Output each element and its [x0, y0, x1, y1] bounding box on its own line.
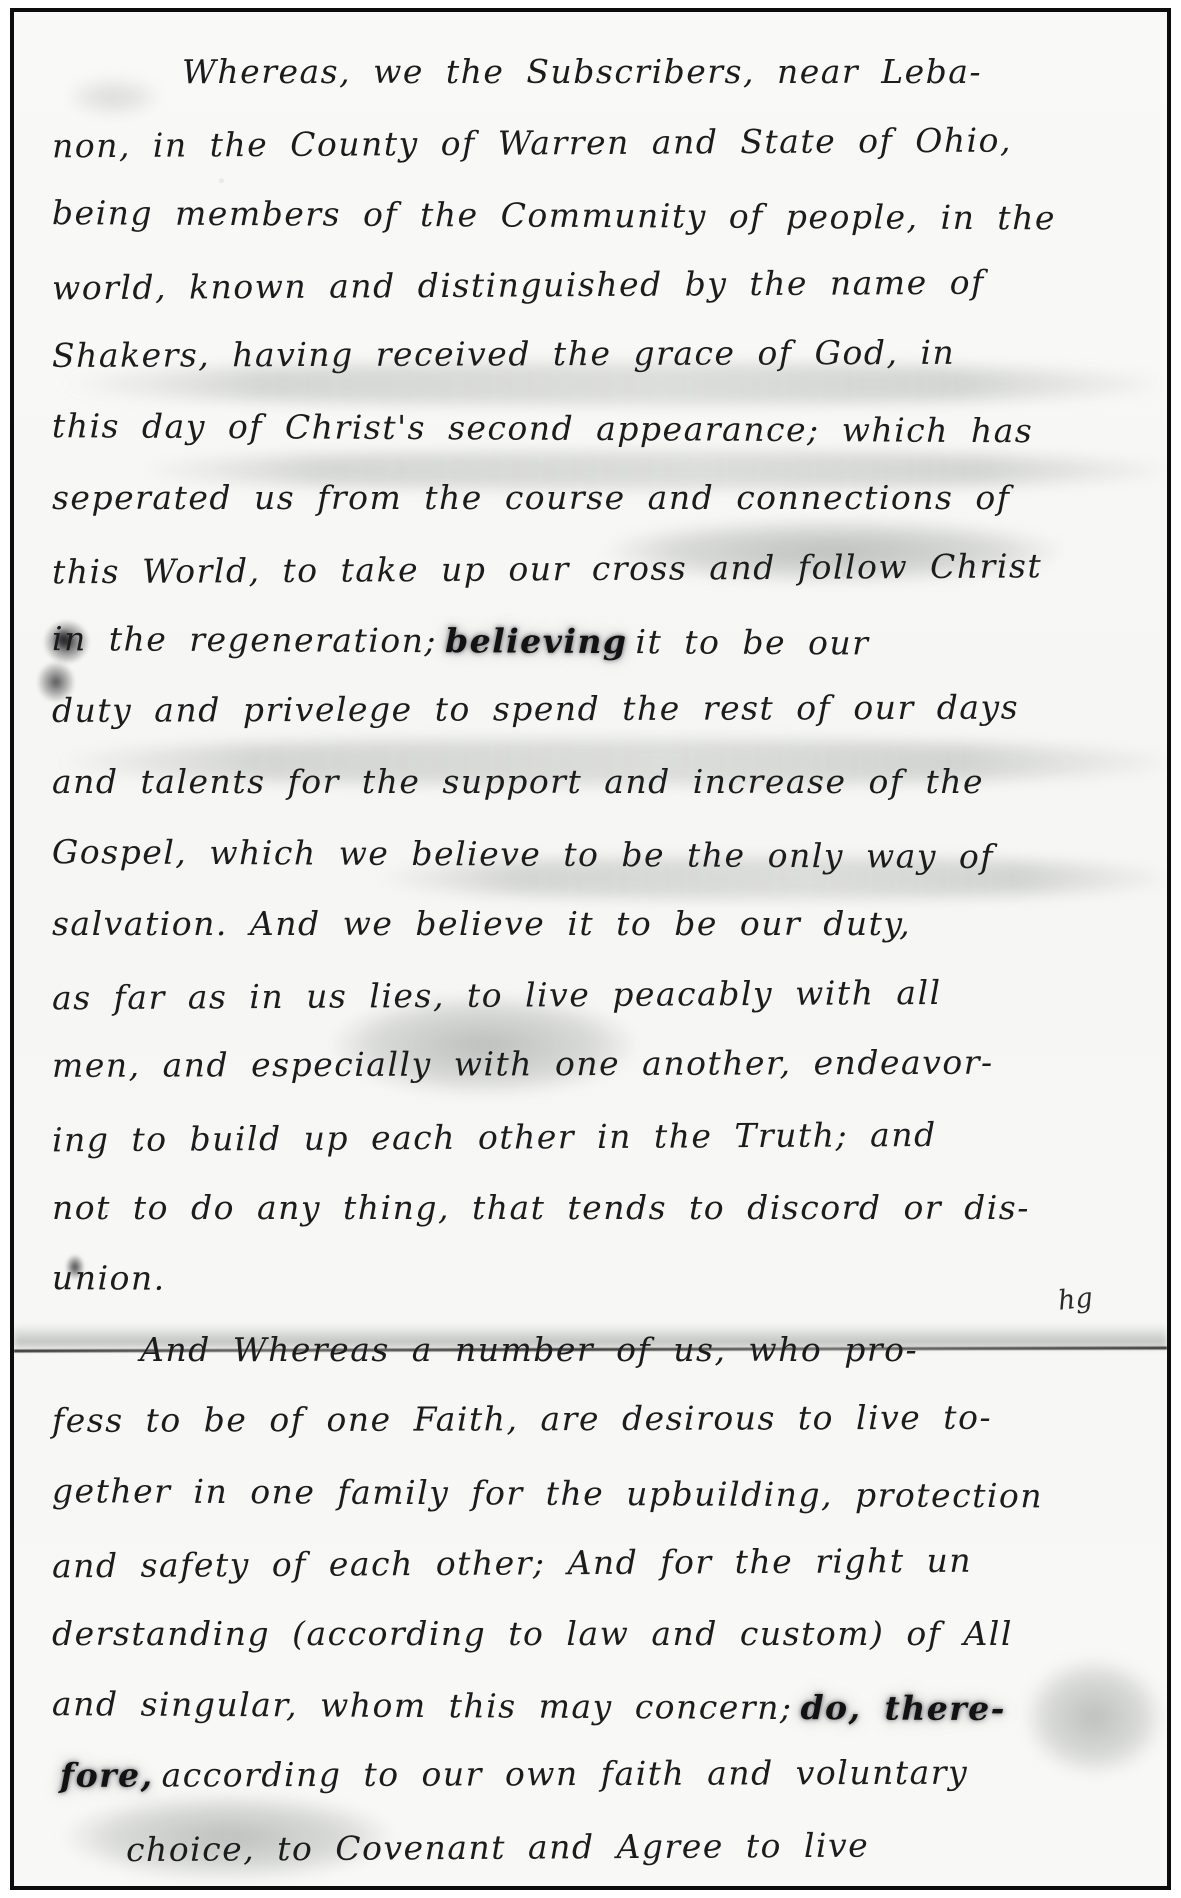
line-text: not to do any thing, that tends to disco… — [52, 1188, 1030, 1227]
manuscript-line: fess to be of one Faith, are desirous to… — [52, 1381, 1149, 1456]
manuscript-line: Shakers, having received the grace of Go… — [52, 316, 1149, 391]
manuscript-line: seperated us from the course and connect… — [52, 462, 1149, 533]
line-text: derstanding (according to law and custom… — [52, 1614, 1013, 1653]
manuscript-line: and safety of each other; And for the ri… — [52, 1524, 1149, 1602]
manuscript-line: salvation. And we believe it to be our d… — [52, 888, 1149, 959]
manuscript-line: as far as in us lies, to live peacably w… — [52, 956, 1149, 1034]
manuscript-line: fore, according to our own faith and vol… — [52, 1736, 1149, 1811]
line-text-emphasized: fore, — [60, 1756, 154, 1795]
line-text: union. — [52, 1258, 166, 1298]
line-text: Whereas, we the Subscribers, near Leba- — [182, 52, 982, 91]
manuscript-line: non, in the County of Warren and State o… — [52, 104, 1149, 182]
line-text: seperated us from the course and connect… — [52, 478, 1011, 517]
manuscript-line: Gospel, which we believe to be the only … — [52, 816, 1149, 893]
manuscript-page: hg Whereas, we the Subscribers, near Leb… — [10, 8, 1171, 1890]
line-text: in the regeneration; — [52, 619, 437, 660]
manuscript-line: this day of Christ's second appearance; … — [52, 390, 1149, 467]
manuscript-line: not to do any thing, that tends to disco… — [52, 1172, 1149, 1243]
line-text: And Whereas a number of us, who pro- — [140, 1330, 918, 1369]
line-text: fess to be of one Faith, are desirous to… — [52, 1398, 992, 1440]
line-text: this World, to take up our cross and fol… — [52, 546, 1042, 591]
manuscript-line: derstanding (according to law and custom… — [52, 1598, 1149, 1669]
manuscript-line: And Whereas a number of us, who pro- — [140, 1314, 1149, 1385]
line-text: as far as in us lies, to live peacably w… — [52, 973, 942, 1017]
manuscript-line: and talents for the support and increase… — [52, 746, 1149, 817]
line-text: being members of the Community of people… — [52, 193, 1056, 237]
manuscript-line: and singular, whom this may concern; do,… — [52, 1668, 1149, 1745]
line-text: and safety of each other; And for the ri… — [52, 1541, 972, 1586]
line-text: and singular, whom this may concern; — [52, 1684, 793, 1727]
manuscript-text: Whereas, we the Subscribers, near Leba- … — [14, 12, 1167, 1886]
manuscript-line: choice, to Covenant and Agree to live — [126, 1808, 1149, 1885]
manuscript-line: men, and especially with one another, en… — [52, 1026, 1149, 1101]
line-text: world, known and distinguished by the na… — [52, 263, 985, 308]
line-text: non, in the County of Warren and State o… — [52, 120, 1012, 165]
manuscript-line: ing to build up each other in the Truth;… — [52, 1098, 1149, 1176]
line-text: duty and privelege to spend the rest of … — [52, 688, 1019, 730]
manuscript-line: union. — [52, 1242, 1149, 1319]
manuscript-line: world, known and distinguished by the na… — [52, 246, 1149, 324]
line-text: gether in one family for the upbuilding,… — [52, 1471, 1043, 1515]
line-text: choice, to Covenant and Agree to live — [126, 1826, 869, 1870]
line-text: ing to build up each other in the Truth;… — [52, 1115, 937, 1159]
manuscript-line: duty and privelege to spend the rest of … — [52, 671, 1149, 746]
manuscript-line: gether in one family for the upbuilding,… — [52, 1455, 1149, 1532]
line-text: this day of Christ's second appearance; … — [52, 406, 1033, 450]
manuscript-line: Whereas, we the Subscribers, near Leba- — [182, 36, 1149, 107]
line-text: Gospel, which we believe to be the only … — [52, 832, 994, 876]
line-text: according to our own faith and voluntary — [162, 1753, 969, 1795]
line-text: men, and especially with one another, en… — [52, 1043, 994, 1085]
manuscript-line: this World, to take up our cross and fol… — [52, 530, 1149, 608]
line-text-emphasized: believing — [445, 621, 628, 661]
line-text: and talents for the support and increase… — [52, 762, 984, 801]
line-text-emphasized: do, there- — [800, 1688, 1006, 1728]
manuscript-line: in the regeneration; believing it to be … — [52, 603, 1149, 680]
line-text: it to be our — [635, 622, 869, 662]
line-text: salvation. And we believe it to be our d… — [52, 904, 911, 943]
manuscript-line: being members of the Community of people… — [52, 177, 1149, 254]
line-text: Shakers, having received the grace of Go… — [52, 333, 955, 375]
